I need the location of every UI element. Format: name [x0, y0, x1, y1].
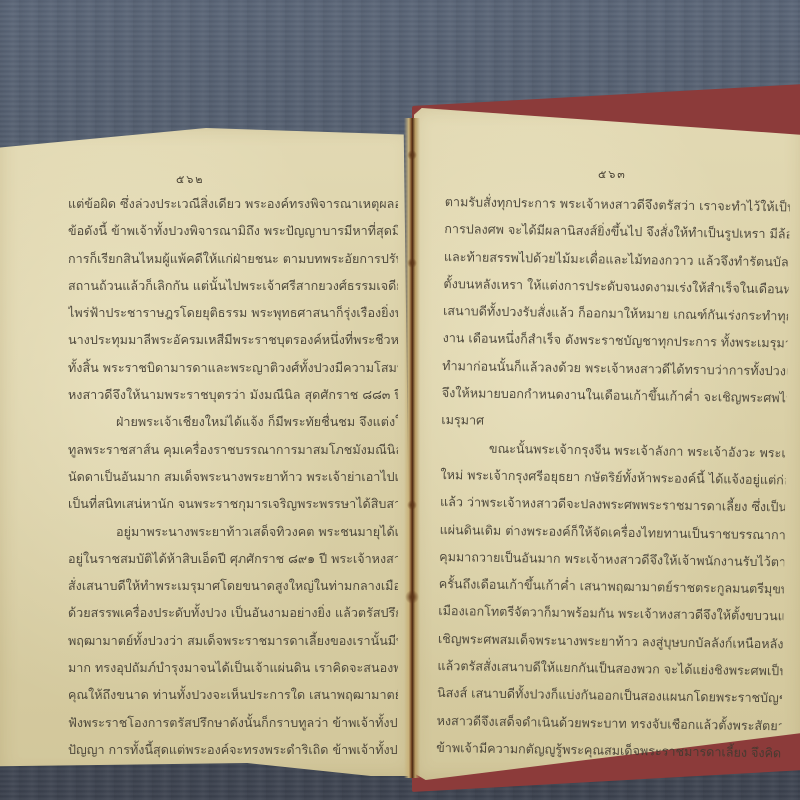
right-page-text: ตามรับสั่งทุกประการ พระเจ้าหงสาวดีจึงตรั… [436, 188, 790, 767]
text-line: อยู่ในราชสมบัติได้ห้าสิบเอ็ดปี ศุภศักราช… [68, 545, 398, 572]
text-line: นัดดาเป็นอันมาก สมเด็จพระนางพระยาท้าว พร… [68, 463, 398, 490]
book-spine-gutter [404, 118, 420, 778]
left-page-number: ๕๖๒ [176, 170, 205, 188]
text-line: ด้วยสรรพเครื่องประดับทั้งปวง เป็นอันงามอ… [68, 599, 398, 626]
text-line: มาก ทรงอุปถัมภ์บำรุงมาจนได้เป็นเจ้าแผ่นด… [68, 654, 398, 681]
text-line: สถานถ้วนแล้วก็เลิกกัน แต่นั้นไปพระเจ้าศร… [68, 272, 398, 299]
text-line: ข้าพเจ้ามีความกตัญญูรู้พระคุณสมเด็จพระรา… [436, 734, 781, 767]
spine-stain [407, 500, 417, 510]
text-line: ปัญญา การทั้งนี้สุดแต่พระองค์จะทรงพระดำร… [68, 736, 398, 763]
spine-stain [405, 590, 419, 604]
text-line: ข้อดังนี้ ข้าพเจ้าทั้งปวงพิจารณามิถึง พร… [68, 217, 398, 244]
text-line: คุณให้ถึงขนาด ท่านทั้งปวงจะเห็นประการใด … [68, 681, 398, 708]
spine-stain [407, 150, 417, 160]
text-line: สั่งเสนาบดีให้ทำพระเมรุมาศโดยขนาดสูงใหญ่… [68, 572, 398, 599]
text-line: ไพร่ฟ้าประชาราษฎรโดยยุติธรรม พระพุทธศาสน… [68, 299, 398, 326]
text-line: ฝ่ายพระเจ้าเชียงใหม่ได้แจ้ง ก็มีพระทัยชื… [68, 408, 398, 435]
right-page-number: ๕๖๓ [598, 165, 627, 183]
text-line: หงสาวดีจึงให้นามพระราชบุตรว่า มังมณีนิล … [68, 381, 398, 408]
left-page-text: แต่ข้อผิด ซึ่งล่วงประเวณีสิ่งเดียว พระอง… [68, 190, 398, 763]
text-line: แต่ข้อผิด ซึ่งล่วงประเวณีสิ่งเดียว พระอง… [68, 190, 398, 217]
text-line: เป็นที่สนิทเสน่หานัก จนพระราชกุมารเจริญพ… [68, 490, 398, 517]
text-line: ทั้งสิ้น พระราชบิดามารดาและพระญาติวงศ์ทั… [68, 354, 398, 381]
text-line: ฟังพระราชโองการตรัสปรึกษาดังนั้นก็กราบทู… [68, 709, 398, 736]
spine-stain [407, 258, 417, 268]
text-line: ทูลพระราชสาส์น คุมเครื่องราชบรรณาการมาสม… [68, 436, 398, 463]
text-line: อยู่มาพระนางพระยาท้าวเสด็จทิวงคต พระชนมา… [68, 518, 398, 545]
text-line: พฤฒามาตย์ทั้งปวงว่า สมเด็จพระราชมารดาเลี… [68, 627, 398, 654]
text-line: การก็เรียกสินไหมผู้แพ้คดีให้แก่ฝ่ายชนะ ต… [68, 245, 398, 272]
text-line: นางประทุมมาลีพระอัครมเหสีมีพระราชบุตรองค… [68, 326, 398, 353]
